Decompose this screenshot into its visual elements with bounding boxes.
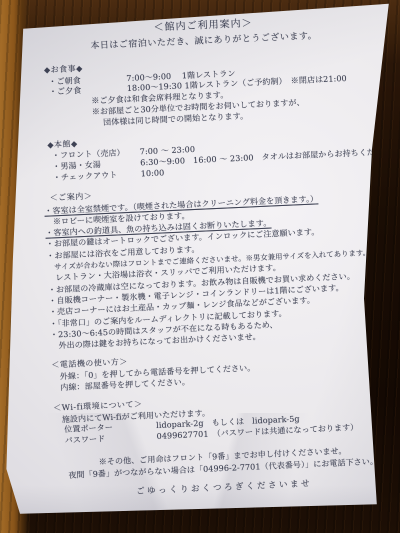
photo-background-wood-table: ＜館内ご利用案内＞ 本日はご宿泊いただき、誠にありがとうございます。 ◆お食事◆… [0,0,400,533]
section-wifi: ＜Wi-fi環境について＞ 施設内にてWi-fiがご利用いただけます。 位置ポー… [53,388,389,447]
section-main-building: ◆本館◆ ・フロント（売店） 7:00 ～ 23:00 ・男湯・女湯 6:30～… [41,125,377,184]
closing-message: ごゆっくりおくつろぎくださいませ [57,476,391,502]
paper-sheet: ＜館内ご利用案内＞ 本日はご宿泊いただき、誠にありがとうございます。 ◆お食事◆… [0,0,400,533]
section-meals: ◆お食事◆ ・ご朝食 7:00～9:00 1階レストラン ・ご夕食 18:00～… [38,51,375,132]
document-content: ＜館内ご利用案内＞ 本日はご宿泊いただき、誠にありがとうございます。 ◆お食事◆… [36,12,391,502]
row-value: 10:00 [141,168,165,180]
section-phone: ＜電話機の使い方＞ 外線：「0」を押してから電話番号を押してください。 内線：部… [51,346,386,395]
section-guide: ＜ご案内＞ ・客室は全室禁煙です。（喫煙された場合はクリーニング料金を頂きます。… [44,178,385,352]
